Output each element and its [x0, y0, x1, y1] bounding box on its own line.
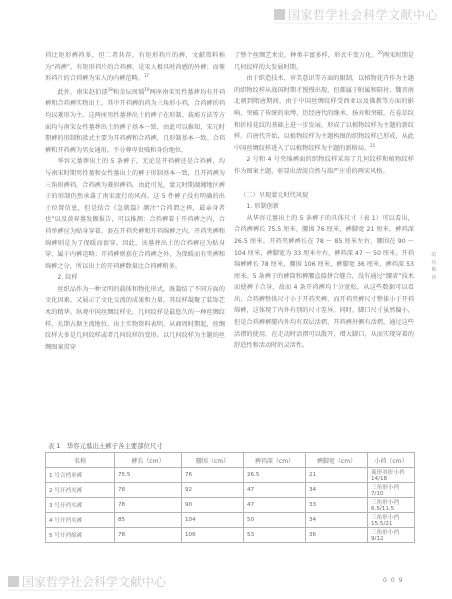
- header-watermark: 国家哲学社会科学文献中心 China National Center for P…: [274, 6, 438, 23]
- footnote-ref[interactable]: 21: [370, 143, 375, 148]
- table-header-row: 名称 裤长（cm） 腰围（cm） 裤裆深（cm） 裤脚宽（cm） 小裆（cm）: [46, 453, 415, 468]
- watermark-subtext: China National Center for Philosophy and…: [8, 588, 118, 592]
- table-row: 4 号开裆夹裤851045034三角形小裆 15.5/21: [46, 513, 415, 528]
- watermark-logo-icon: [8, 576, 19, 587]
- col-header: 小裆（cm）: [368, 453, 415, 468]
- col-header: 名称: [46, 453, 115, 468]
- table-row: 5 号开裆绵裤781065336三角形小裆 9/12: [46, 528, 415, 543]
- side-section-label: 暗 纹 解 读: [430, 252, 438, 282]
- col-header: 裤裆深（cm）: [244, 453, 306, 468]
- paragraph: 丝织品作为一种文明的载体和物化形式，既凝结了不同方面的文化因素，又展示了文化交流…: [45, 284, 225, 354]
- paragraph: 裆比矩形裤裆多，但二者共存。有矩形裆片的裤，文献资料称为“裆裤”。有矩形裆片的合…: [45, 50, 225, 85]
- footnote-ref[interactable]: 17: [144, 73, 149, 78]
- right-column: 了整个丝绸艺术史，种类丰富多样，形式千变万化。20两宋时期是几何纹样的大发展时期…: [234, 50, 414, 352]
- table-row: 2 号开裆夹裤78924734三角形小裆 7/10: [46, 483, 415, 498]
- table-caption: 表 1 华容元墓出土裤子各主要部位尺寸: [48, 441, 163, 450]
- dimensions-table: 名称 裤长（cm） 腰围（cm） 裤裆深（cm） 裤脚宽（cm） 小裆（cm） …: [45, 452, 415, 543]
- paragraph: 此外，南宋赵伯澐18和金坛周瑀19两座南宋男性墓葬均有开裆裤和合裆裤实物出土。其…: [45, 87, 225, 157]
- page-number: 009: [383, 577, 406, 584]
- subsection-title: 1. 形制创新: [234, 201, 414, 213]
- col-header: 裤长（cm）: [115, 453, 182, 468]
- watermark-logo-icon: [274, 9, 285, 20]
- paragraph: 2 号和 4 号夹绵裤面的织物纹样采用了几何纹样和植物纹样作为图案主题，彰显出清…: [234, 154, 414, 177]
- paragraph: 了整个丝绸艺术史，种类丰富多样，形式千变万化。20两宋时期是几何纹样的大发展时期…: [234, 50, 414, 73]
- watermark-subtext: China National Center for Philosophy and…: [274, 21, 419, 25]
- subsection-title: 2. 纹样: [45, 272, 225, 284]
- col-header: 腰围（cm）: [182, 453, 244, 468]
- paragraph: 华容元墓葬出土的 5 条裤子，无论是开裆裤还是合裆裤，均与南宋时期男性墓和女性墓…: [45, 156, 225, 272]
- section-title: （二）呈现蒙元时代风貌: [234, 190, 414, 202]
- paragraph: 由于织造技术、审美意识等方面的限制，以植物花卉作为主题的织物纹样从战国时期才慢慢…: [234, 73, 414, 154]
- table-row: 1 号合裆单裤75.57626.521菱形对折小裆 14/18: [46, 468, 415, 483]
- footer-watermark: 国家哲学社会科学文献中心 China National Center for P…: [8, 573, 166, 590]
- left-column: 裆比矩形裤裆多，但二者共存。有矩形裆片的裤，文献资料称为“裆裤”。有矩形裆片的合…: [45, 50, 225, 353]
- table-row: 3 号开裆夹裤78904733三角形小裆 6.5/11.5: [46, 498, 415, 513]
- col-header: 裤脚宽（cm）: [306, 453, 368, 468]
- paragraph: 从华容元墓出土的 5 条裤子的具体尺寸（表 1）可以看出，合裆裤裤长 75.5 …: [234, 213, 414, 352]
